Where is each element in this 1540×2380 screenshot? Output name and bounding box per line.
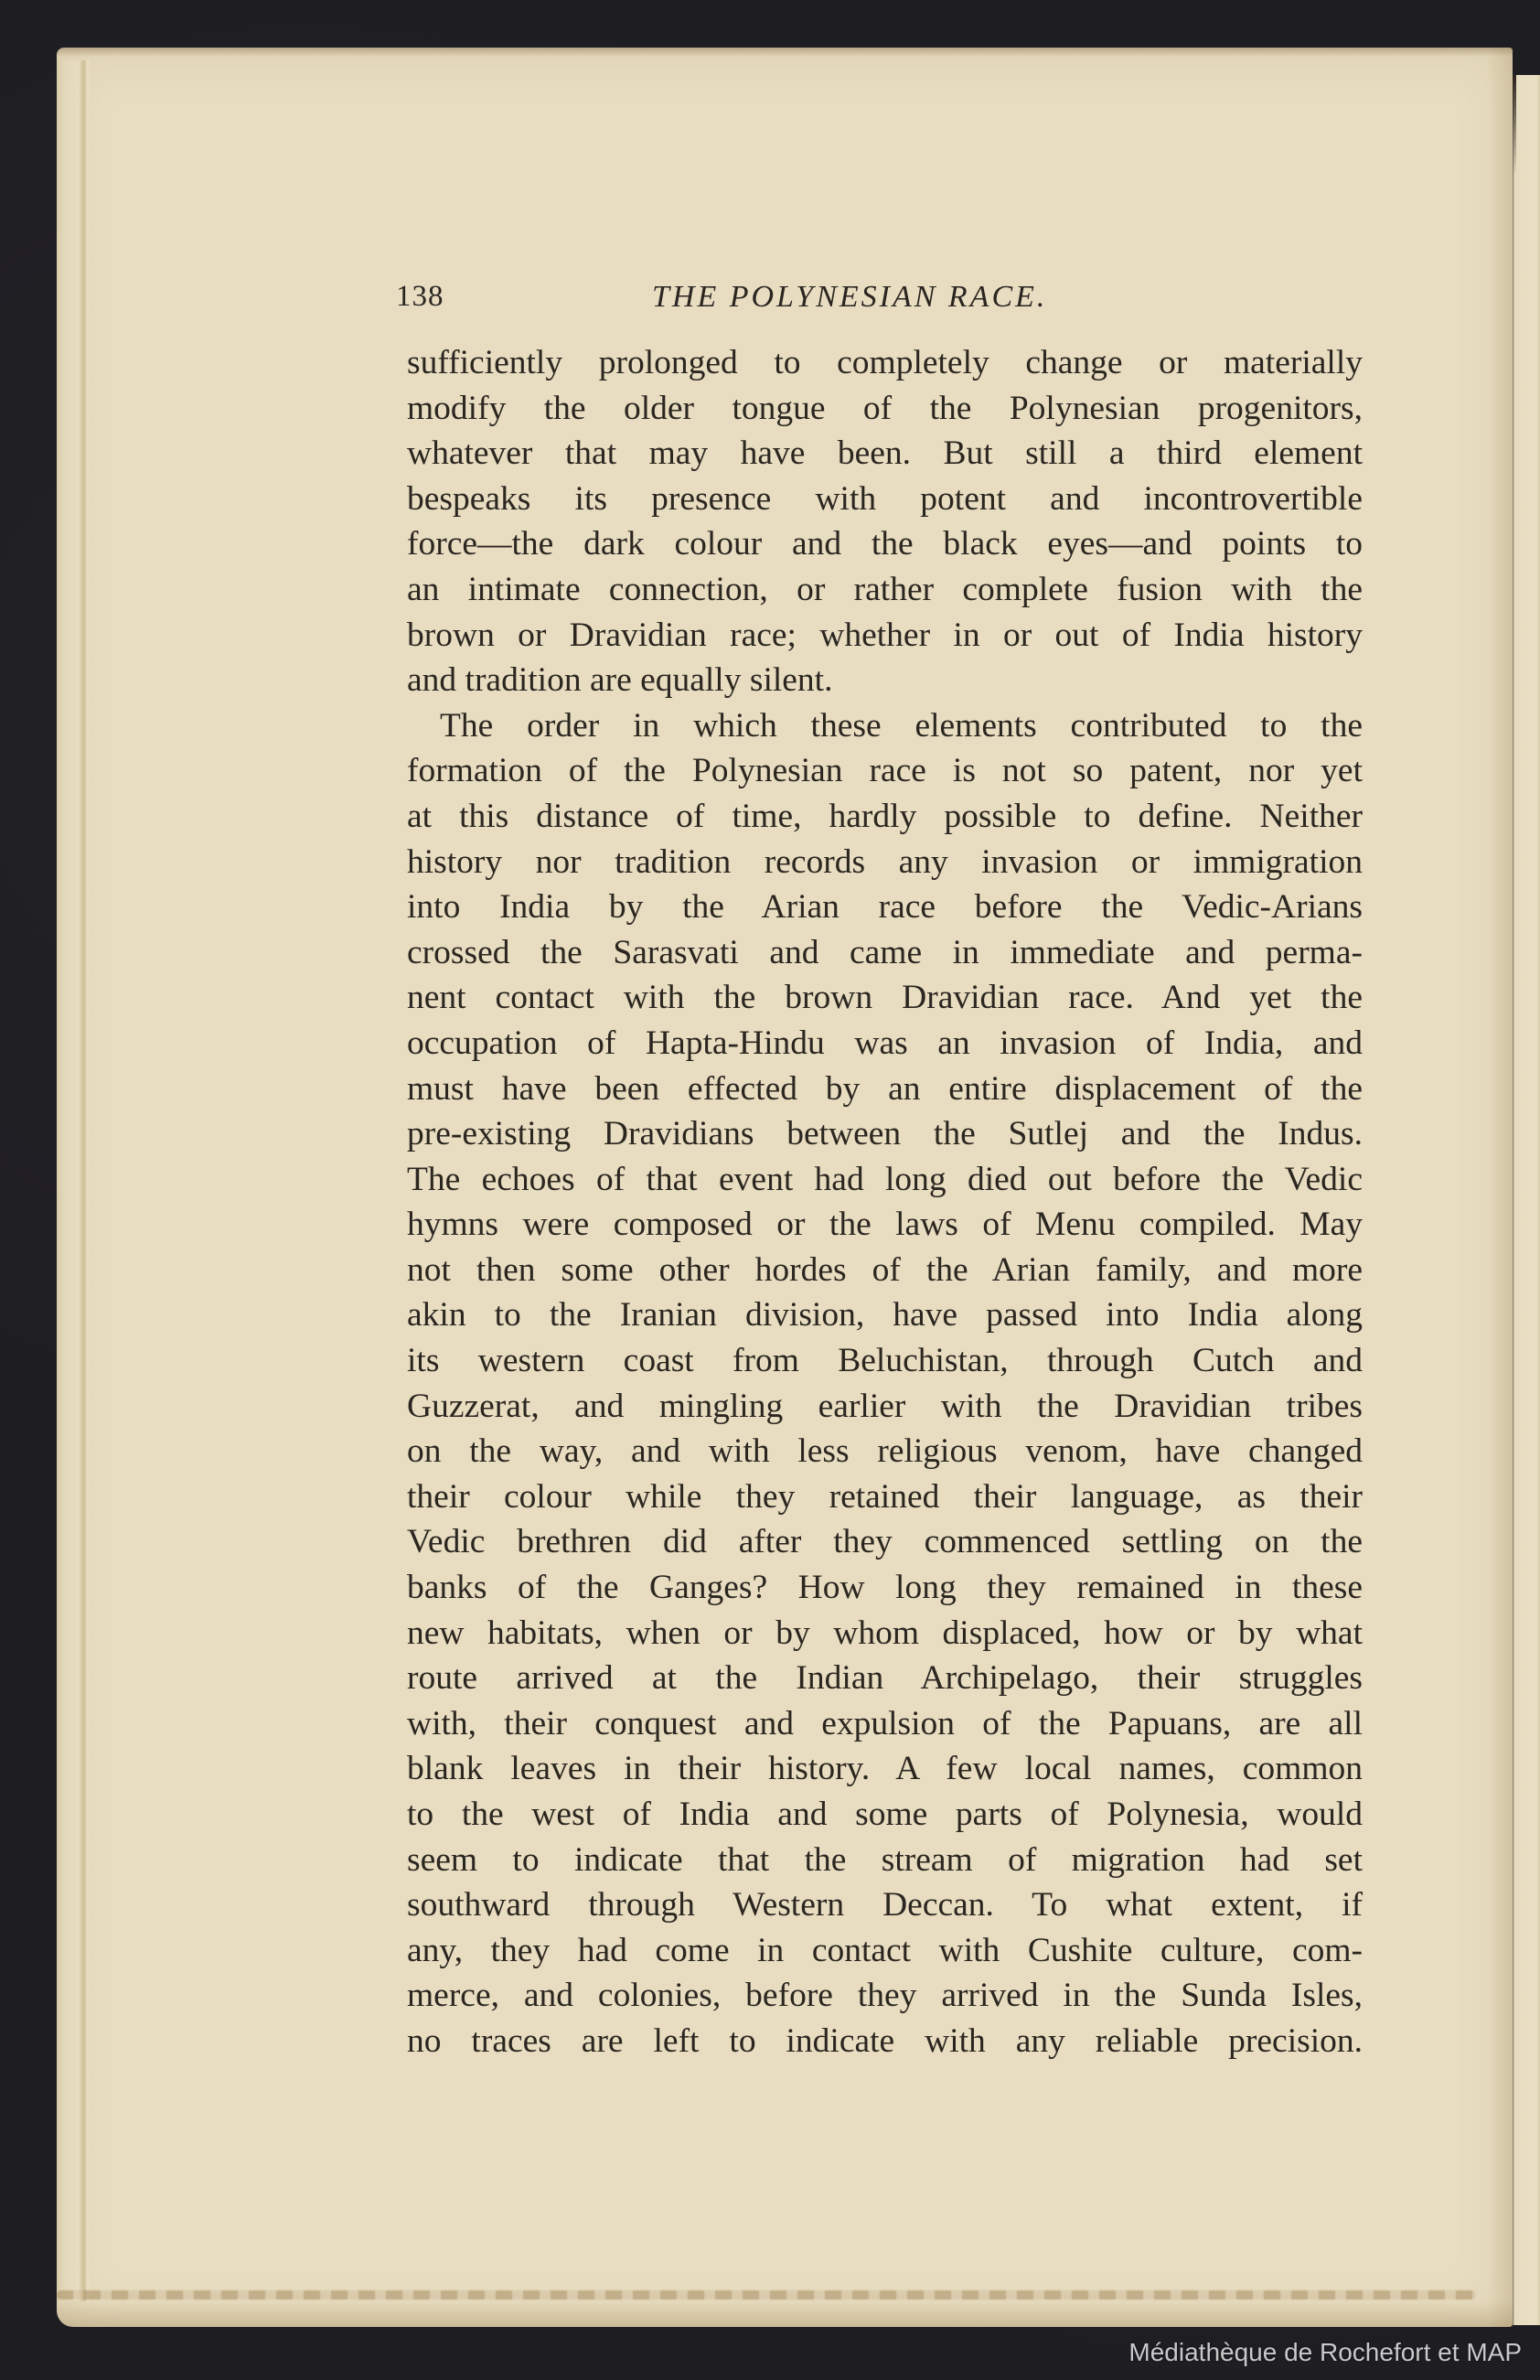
text-line: history nor tradition records any invasi… — [407, 840, 1363, 885]
text-line: formation of the Polynesian race is not … — [407, 748, 1363, 794]
text-line: occupation of Hapta-Hindu was an invasio… — [407, 1021, 1363, 1067]
text-line: The order in which these elements contri… — [407, 703, 1363, 749]
text-line: hymns were composed or the laws of Menu … — [407, 1202, 1363, 1248]
library-watermark: Médiathèque de Rochefort et MAP — [1128, 2338, 1522, 2367]
body-text: sufficiently prolonged to completely cha… — [407, 340, 1363, 2064]
text-line: akin to the Iranian division, have passe… — [407, 1292, 1363, 1338]
text-line: force—the dark colour and the black eyes… — [407, 521, 1363, 567]
text-line: their colour while they retained their l… — [407, 1474, 1363, 1520]
paragraph-2: The order in which these elements contri… — [407, 703, 1363, 2064]
text-line: merce, and colonies, before they arrived… — [407, 1973, 1363, 2019]
adjacent-page-edges — [1509, 75, 1540, 2325]
text-line: any, they had come in contact with Cushi… — [407, 1928, 1363, 1974]
text-line: whatever that may have been. But still a… — [407, 431, 1363, 477]
page-number: 138 — [396, 280, 444, 314]
text-line: to the west of India and some parts of P… — [407, 1792, 1363, 1838]
text-line: must have been effected by an entire dis… — [407, 1067, 1363, 1112]
page-bottom-edge — [57, 2301, 1513, 2327]
text-line: southward through Western Deccan. To wha… — [407, 1882, 1363, 1928]
text-line: bespeaks its presence with potent and in… — [407, 477, 1363, 522]
water-stain — [57, 2290, 1476, 2300]
text-line: Vedic brethren did after they commenced … — [407, 1519, 1363, 1565]
text-line: blank leaves in their history. A few loc… — [407, 1746, 1363, 1792]
text-line: into India by the Arian race before the … — [407, 884, 1363, 930]
text-line: nent contact with the brown Dravidian ra… — [407, 975, 1363, 1021]
text-line: its western coast from Beluchistan, thro… — [407, 1338, 1363, 1384]
text-line: no traces are left to indicate with any … — [407, 2019, 1363, 2064]
text-line: and tradition are equally silent. — [407, 658, 1363, 703]
text-line: seem to indicate that the stream of migr… — [407, 1838, 1363, 1883]
text-line: not then some other hordes of the Arian … — [407, 1248, 1363, 1293]
text-line: an intimate connection, or rather comple… — [407, 567, 1363, 613]
text-line: modify the older tongue of the Polynesia… — [407, 386, 1363, 432]
text-line: brown or Dravidian race; whether in or o… — [407, 613, 1363, 659]
running-title: THE POLYNESIAN RACE. — [652, 280, 1047, 315]
text-line: new habitats, when or by whom displaced,… — [407, 1611, 1363, 1656]
text-line: route arrived at the Indian Archipelago,… — [407, 1656, 1363, 1701]
page-left-edge — [57, 60, 90, 2301]
running-head: 138 THE POLYNESIAN RACE. — [396, 280, 1365, 326]
text-line: banks of the Ganges? How long they remai… — [407, 1565, 1363, 1611]
text-line: pre-existing Dravidians between the Sutl… — [407, 1111, 1363, 1157]
text-line: Guzzerat, and mingling earlier with the … — [407, 1384, 1363, 1430]
text-line: crossed the Sarasvati and came in immedi… — [407, 930, 1363, 976]
text-line: with, their conquest and expulsion of th… — [407, 1701, 1363, 1747]
text-line: sufficiently prolonged to completely cha… — [407, 340, 1363, 386]
page-gutter — [1487, 48, 1513, 2327]
text-line: at this distance of time, hardly possibl… — [407, 794, 1363, 840]
paragraph-1: sufficiently prolonged to completely cha… — [407, 340, 1363, 703]
text-line: on the way, and with less religious veno… — [407, 1429, 1363, 1474]
text-line: The echoes of that event had long died o… — [407, 1157, 1363, 1203]
